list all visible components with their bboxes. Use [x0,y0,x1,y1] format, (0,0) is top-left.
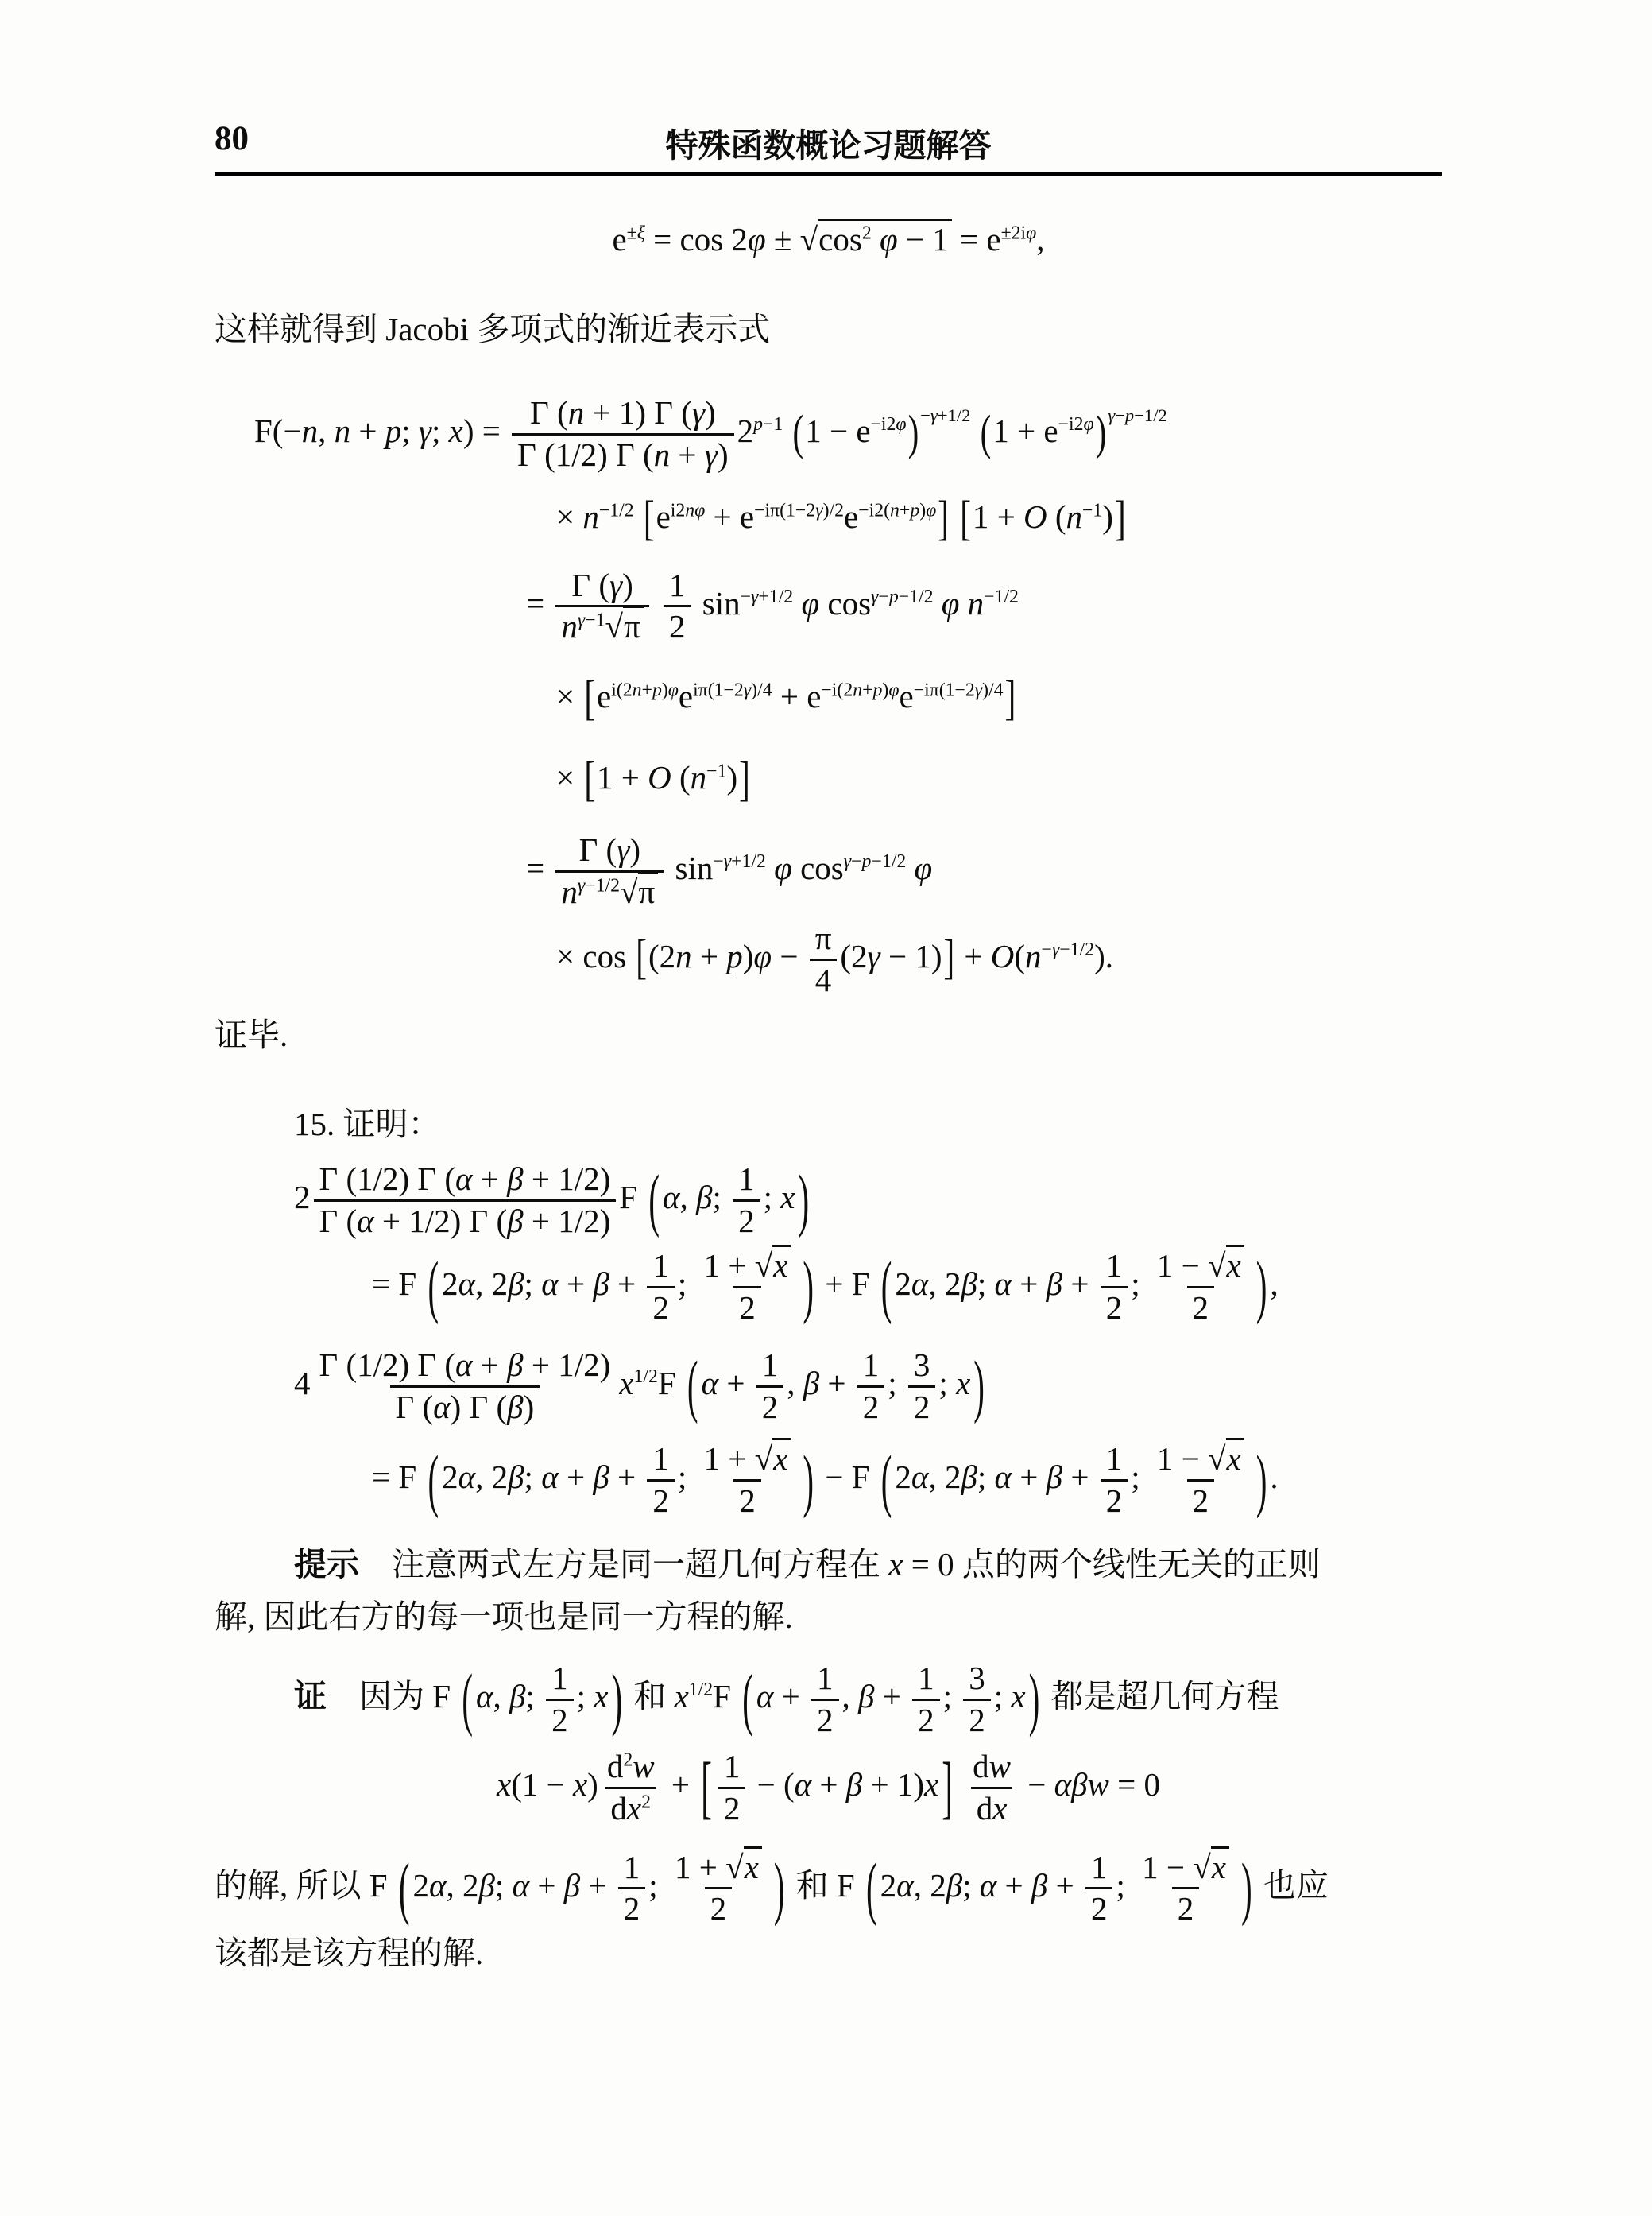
hint-paragraph-line-1: 提示 注意两式左方是同一超几何方程在 x = 0 点的两个线性无关的正则 [294,1544,1442,1586]
textbook-page: 80 特殊函数概论习题解答 e±ξ = cos 2φ ± √cos2 φ − 1… [0,0,1652,2216]
jacobi-asymptotic-line-2: × n−1/2 [ei2nφ + e−iπ(1−2γ)/2e−i2(n+p)φ]… [556,498,1442,538]
proof-paragraph-line-1: 证 因为 F (α, β; 12; x) 和 x1/2F (α + 12, β … [294,1660,1442,1739]
paragraph-jacobi-intro: 这样就得到 Jacobi 多项式的渐近表示式 [215,308,1442,351]
problem-label: 证明： [343,1106,441,1142]
problem-number: 15. [294,1106,335,1142]
conclusion-line-1: 的解, 所以 F (2α, 2β; α + β + 12; 1 + √x2) 和… [215,1850,1442,1928]
running-title: 特殊函数概论习题解答 [215,119,1442,166]
conclusion-line-2: 该都是该方程的解. [215,1932,1442,1974]
equation-e-xi: e±ξ = cos 2φ ± √cos2 φ − 1 = e±2iφ, [215,220,1442,259]
problem-15-heading: 15. 证明： [294,1103,1442,1145]
identity-eq-line-2: = F (2α, 2β; α + β + 12; 1 + √x2) + F (2… [372,1248,1442,1327]
jacobi-asymptotic-line-6: = Γ (γ)nγ−1/2√π sin−γ+1/2 φ cosγ−p−1/2 φ [526,832,1442,911]
jacobi-asymptotic-line-3: = Γ (γ)nγ−1√π 12 sin−γ+1/2 φ cosγ−p−1/2 … [526,568,1442,646]
identity-eq-line-4: = F (2α, 2β; α + β + 12; 1 + √x2) − F (2… [372,1441,1442,1520]
identity-eq-line-1: 2Γ (1/2) Γ (α + β + 1/2)Γ (α + 1/2) Γ (β… [294,1161,1442,1240]
identity-eq-line-3: 4Γ (1/2) Γ (α + β + 1/2)Γ (α) Γ (β)x1/2F… [294,1347,1442,1426]
qed-text: 证毕. [215,1014,1442,1056]
jacobi-asymptotic-line-5: × [1 + O (n−1)] [556,758,1442,799]
hypergeometric-ode: x(1 − x)d2wdx2 + [12 − (α + β + 1)x] dwd… [215,1749,1442,1827]
jacobi-asymptotic-line-7: × cos [(2n + p)φ − π4(2γ − 1)] + O(n−γ−1… [556,920,1442,999]
hint-paragraph-line-2: 解, 因此右方的每一项也是同一方程的解. [215,1596,1442,1638]
jacobi-asymptotic-line-4: × [ei(2n+p)φeiπ(1−2γ)/4 + e−i(2n+p)φe−iπ… [556,677,1442,718]
jacobi-asymptotic-line-1: F(−n, n + p; γ; x) = Γ (n + 1) Γ (γ)Γ (1… [254,395,1442,474]
page-header: 80 特殊函数概论习题解答 [215,119,1442,161]
header-rule [215,172,1442,176]
